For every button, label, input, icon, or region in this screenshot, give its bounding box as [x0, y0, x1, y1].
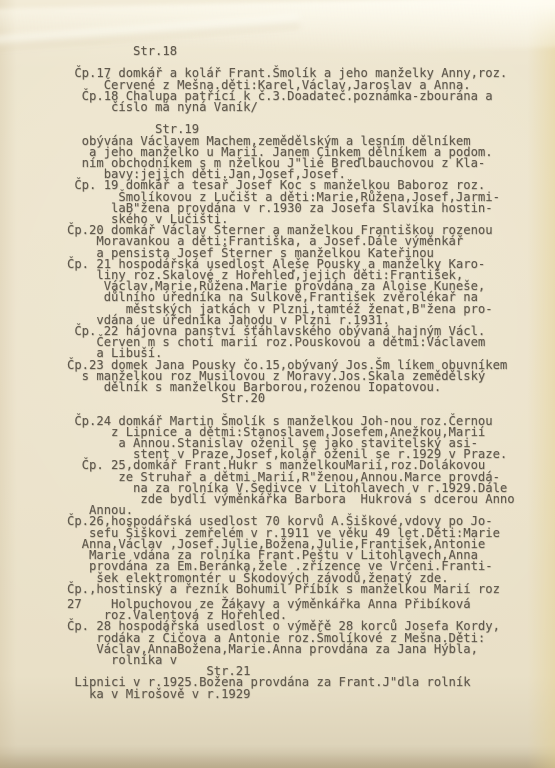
text-line: číslo má nyná Vaník/ — [45, 102, 549, 113]
scanned-document-photo: { "paper": { "background_color": "#ece3c… — [0, 0, 555, 768]
typescript-text-block: Str.18 Čp.17 domkář a kolář Frant.Šmolík… — [45, 46, 549, 700]
text-line: Čp.,hostinský a řezník Bohumil Příbík s … — [45, 584, 549, 595]
page-number-heading: Str.18 — [45, 46, 549, 57]
page-number-heading: Str.20 — [45, 393, 549, 404]
text-line: ka v Mirošově v r.1929 — [45, 689, 549, 700]
